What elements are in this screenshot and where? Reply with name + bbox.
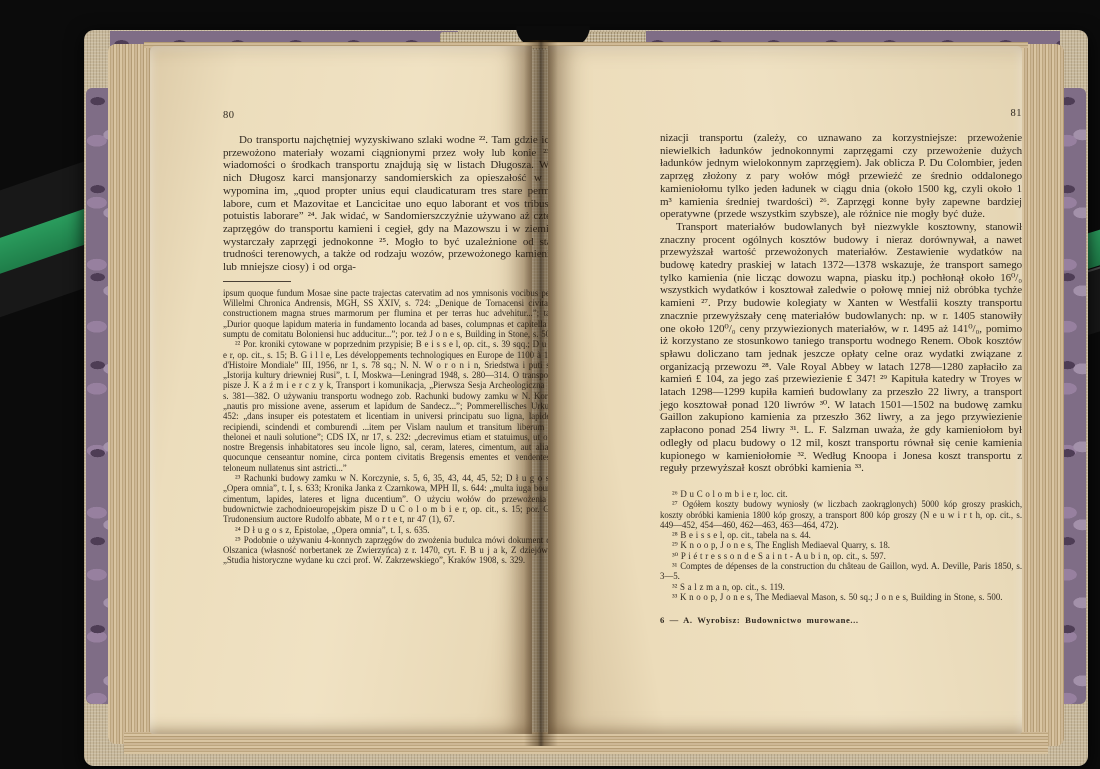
book-gutter [524,40,558,746]
footnote-separator [223,281,291,282]
right-page: 81 nizacji transportu (zależy, co uznawa… [548,46,1022,734]
signature-line: 6 — A. Wyrobisz: Budownictwo murowane... [660,615,1022,625]
page-edges-right [1022,44,1064,746]
footnote-27: ²⁷ Ogółem koszty budowy wyniosły (w licz… [660,499,1022,530]
footnote-26: ²⁶ D u C o l o m b i e r, loc. cit. [660,489,1022,499]
footnote-32: ³² S a l z m a n, op. cit., s. 119. [660,582,1022,592]
footnote-30: ³⁰ P i é t r e s s o n d e S a i n t - A… [660,551,1022,561]
right-page-body: nizacji transportu (zależy, co uznawano … [660,132,1022,475]
page-edges-left [108,44,150,744]
page-number-right: 81 [660,108,1022,119]
footnote-31: ³¹ Comptes de dépenses de la constructio… [660,561,1022,582]
photo-background: 80 Do transportu najchętniej wyzyskiwano… [0,0,1100,769]
right-page-footnotes: ²⁶ D u C o l o m b i e r, loc. cit. ²⁷ O… [660,489,1022,602]
footnote-33: ³³ K n o o p, J o n e s, The Mediaeval M… [660,592,1022,602]
body-paragraph: nizacji transportu (zależy, co uznawano … [660,132,1022,221]
body-paragraph: Transport materiałów budowlanych był nie… [660,221,1022,475]
page-edges-bottom [124,732,1048,754]
book-spread: 80 Do transportu najchętniej wyzyskiwano… [84,30,1088,766]
left-page: 80 Do transportu najchętniej wyzyskiwano… [150,46,532,734]
footnote-28: ²⁸ B e i s s e l, op. cit., tabela na s.… [660,530,1022,540]
footnote-29: ²⁹ K n o o p, J o n e s, The English Med… [660,540,1022,550]
